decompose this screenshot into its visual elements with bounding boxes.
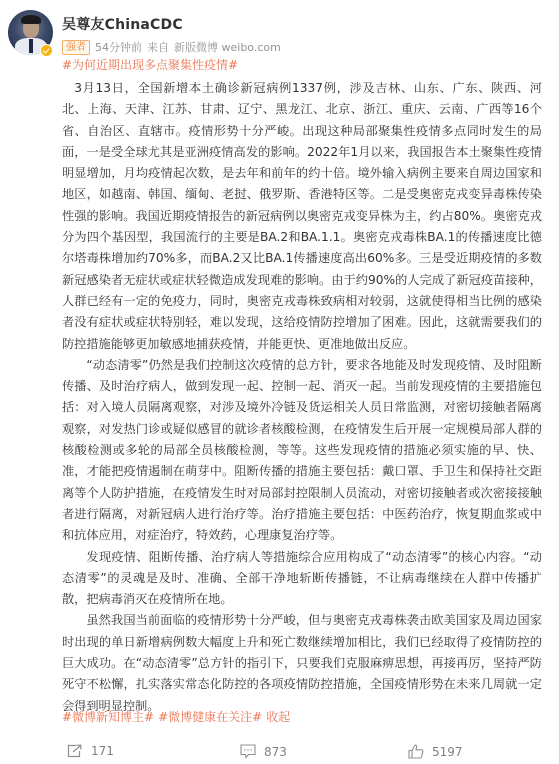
avatar-tie <box>29 39 33 53</box>
weibo-post: 吴尊友ChinaCDC 强者 54分钟前 来自 新版微博 weibo.com #… <box>0 0 559 764</box>
post-actions: 171 873 5197 <box>0 744 559 764</box>
post-time[interactable]: 54分钟前 <box>95 39 142 55</box>
avatar-hair <box>21 15 41 24</box>
verified-badge-icon <box>40 44 53 57</box>
source-prefix: 来自 <box>147 39 169 55</box>
post-meta: 强者 54分钟前 来自 新版微博 weibo.com <box>62 39 281 55</box>
comment-count: 873 <box>264 745 287 759</box>
author-name[interactable]: 吴尊友ChinaCDC <box>62 14 183 34</box>
paragraph-4: 虽然我国当前面临的疫情形势十分严峻，但与奥密克戎毒株袭击欧美国家及周边国家时出现… <box>62 610 542 716</box>
comment-icon <box>240 744 256 759</box>
paragraph-1: 3月13日，全国新增本土确诊新冠病例1337例，涉及吉林、山东、广东、陕西、河北… <box>62 78 542 355</box>
repost-button[interactable]: 171 <box>67 744 114 758</box>
author-tag-badge: 强者 <box>62 40 90 55</box>
post-tags: #微博新知博主# #微博健康在关注# 收起 <box>62 708 290 725</box>
comment-button[interactable]: 873 <box>240 744 287 759</box>
collapse-link[interactable]: 收起 <box>266 708 290 725</box>
topic-hashtag[interactable]: #为何近期出现多点聚集性疫情# <box>62 56 238 73</box>
repost-icon <box>67 744 83 758</box>
post-source: 新版微博 weibo.com <box>174 39 281 55</box>
tag-weibo-xinzhi-blogger[interactable]: #微博新知博主# <box>62 708 154 725</box>
like-button[interactable]: 5197 <box>408 744 463 759</box>
tag-weibo-health[interactable]: #微博健康在关注# <box>158 708 262 725</box>
like-count: 5197 <box>432 745 463 759</box>
repost-count: 171 <box>91 744 114 758</box>
paragraph-2: “动态清零”仍然是我们控制这次疫情的总方针，要求各地能及时发现疫情、及时阻断传播… <box>62 355 542 547</box>
post-content: 3月13日，全国新增本土确诊新冠病例1337例，涉及吉林、山东、广东、陕西、河北… <box>62 78 542 717</box>
paragraph-3: 发现疫情、阻断传播、治疗病人等措施综合应用构成了“动态清零”的核心内容。“动态清… <box>62 547 542 611</box>
thumbs-up-icon <box>408 744 424 759</box>
